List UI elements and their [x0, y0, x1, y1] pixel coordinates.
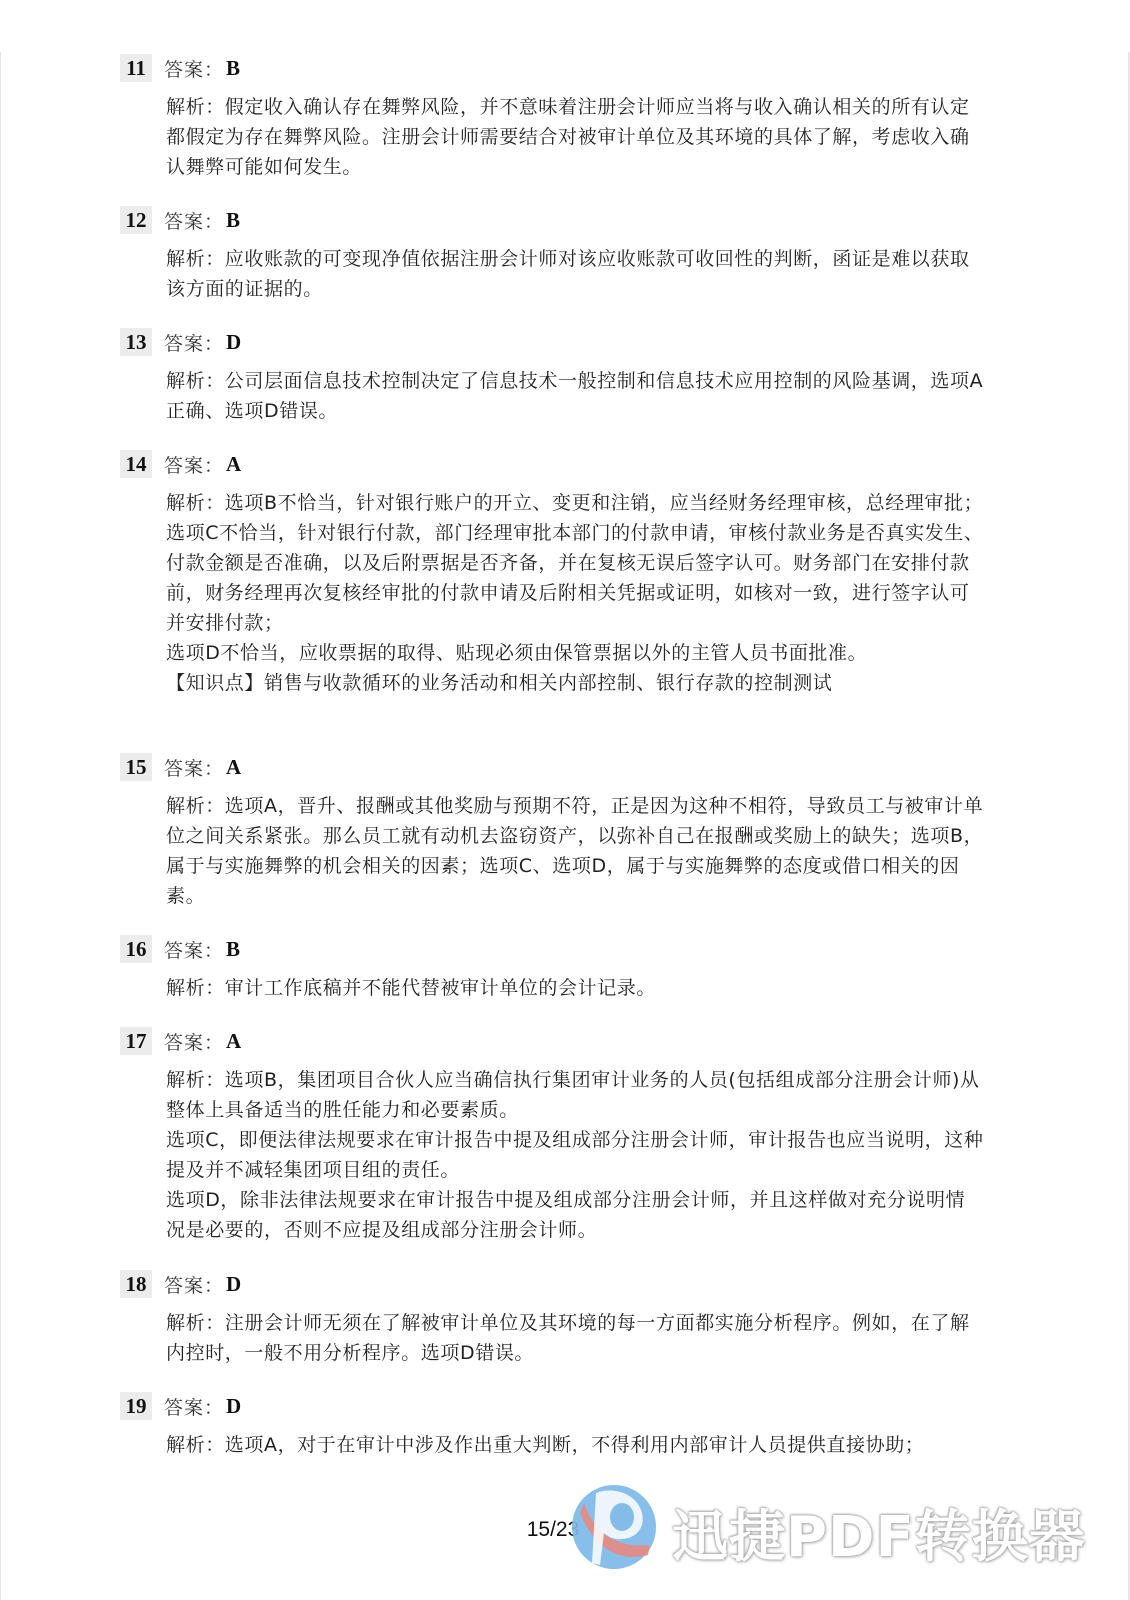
answer-label: 答案： — [164, 55, 224, 82]
answer-label: 答案： — [164, 1028, 224, 1055]
answer-item-16: 16 答案： B 解析：审计工作底稿并不能代替被审计单位的会计记录。 — [120, 933, 1000, 1025]
answer-row: 18 答案： D — [120, 1268, 1000, 1300]
answer-label: 答案： — [164, 754, 224, 781]
page-border-left — [0, 52, 1, 1600]
question-number: 18 — [120, 1270, 152, 1298]
answer-row: 16 答案： B — [120, 933, 1000, 965]
answer-label: 答案： — [164, 1393, 224, 1420]
question-number: 13 — [120, 328, 152, 356]
answer-value: D — [226, 1272, 241, 1297]
answer-item-13: 13 答案： D 解析：公司层面信息技术控制决定了信息技术一般控制和信息技术应用… — [120, 326, 1000, 448]
explanation-paragraph: 解析：选项B，集团项目合伙人应当确信执行集团审计业务的人员(包括组成部分注册会计… — [166, 1065, 984, 1125]
question-number: 15 — [120, 753, 152, 781]
answer-label: 答案： — [164, 451, 224, 478]
explanation-paragraph: 解析：应收账款的可变现净值依据注册会计师对该应收账款可收回性的判断，函证是难以获… — [166, 244, 984, 304]
answer-row: 19 答案： D — [120, 1390, 1000, 1422]
page-number: 15/23 — [0, 1518, 1106, 1542]
answer-row: 15 答案： A — [120, 751, 1000, 783]
explanation: 解析：审计工作底稿并不能代替被审计单位的会计记录。 — [166, 973, 984, 1003]
question-number: 12 — [120, 206, 152, 234]
question-number: 19 — [120, 1392, 152, 1420]
answer-value: D — [226, 1394, 241, 1419]
explanation: 解析：假定收入确认存在舞弊风险，并不意味着注册会计师应当将与收入确认相关的所有认… — [166, 92, 984, 182]
answer-label: 答案： — [164, 329, 224, 356]
answer-item-19: 19 答案： D 解析：选项A，对于在审计中涉及作出重大判断，不得利用内部审计人… — [120, 1390, 1000, 1490]
explanation: 解析：选项B，集团项目合伙人应当确信执行集团审计业务的人员(包括组成部分注册会计… — [166, 1065, 984, 1245]
explanation-paragraph: 选项D，除非法律法规要求在审计报告中提及组成部分注册会计师，并且这样做对充分说明… — [166, 1185, 984, 1245]
explanation-paragraph: 选项C，即便法律法规要求在审计报告中提及组成部分注册会计师，审计报告也应当说明，… — [166, 1125, 984, 1185]
knowledge-point: 【知识点】销售与收款循环的业务活动和相关内部控制、银行存款的控制测试 — [166, 668, 984, 698]
document-page: 11 答案： B 解析：假定收入确认存在舞弊风险，并不意味着注册会计师应当将与收… — [120, 52, 1000, 1490]
explanation: 解析：选项B不恰当，针对银行账户的开立、变更和注销，应当经财务经理审核，总经理审… — [166, 488, 984, 698]
explanation-paragraph: 解析：选项B不恰当，针对银行账户的开立、变更和注销，应当经财务经理审核，总经理审… — [166, 488, 984, 518]
explanation-paragraph: 解析：审计工作底稿并不能代替被审计单位的会计记录。 — [166, 973, 984, 1003]
question-number: 14 — [120, 450, 152, 478]
answer-value: B — [226, 937, 240, 962]
answer-value: A — [226, 755, 241, 780]
answer-item-14: 14 答案： A 解析：选项B不恰当，针对银行账户的开立、变更和注销，应当经财务… — [120, 448, 1000, 751]
question-number: 17 — [120, 1027, 152, 1055]
answer-item-17: 17 答案： A 解析：选项B，集团项目合伙人应当确信执行集团审计业务的人员(包… — [120, 1025, 1000, 1268]
explanation-paragraph: 解析：选项A，晋升、报酬或其他奖励与预期不符，正是因为这种不相符，导致员工与被审… — [166, 791, 984, 911]
question-number: 16 — [120, 935, 152, 963]
answer-value: A — [226, 452, 241, 477]
answer-item-18: 18 答案： D 解析：注册会计师无须在了解被审计单位及其环境的每一方面都实施分… — [120, 1268, 1000, 1390]
explanation-paragraph: 解析：公司层面信息技术控制决定了信息技术一般控制和信息技术应用控制的风险基调，选… — [166, 366, 984, 426]
explanation-paragraph: 选项C不恰当，针对银行付款，部门经理审批本部门的付款申请，审核付款业务是否真实发… — [166, 518, 984, 638]
explanation: 解析：公司层面信息技术控制决定了信息技术一般控制和信息技术应用控制的风险基调，选… — [166, 366, 984, 426]
answer-row: 14 答案： A — [120, 448, 1000, 480]
explanation-paragraph: 解析：选项A，对于在审计中涉及作出重大判断，不得利用内部审计人员提供直接协助； — [166, 1430, 984, 1460]
answer-item-11: 11 答案： B 解析：假定收入确认存在舞弊风险，并不意味着注册会计师应当将与收… — [120, 52, 1000, 204]
answer-row: 13 答案： D — [120, 326, 1000, 358]
answer-value: B — [226, 208, 240, 233]
explanation-paragraph: 解析：注册会计师无须在了解被审计单位及其环境的每一方面都实施分析程序。例如，在了… — [166, 1308, 984, 1368]
answer-row: 12 答案： B — [120, 204, 1000, 236]
answer-item-15: 15 答案： A 解析：选项A，晋升、报酬或其他奖励与预期不符，正是因为这种不相… — [120, 751, 1000, 933]
answer-value: D — [226, 330, 241, 355]
explanation-paragraph: 选项D不恰当，应收票据的取得、贴现必须由保管票据以外的主管人员书面批准。 — [166, 638, 984, 668]
answer-item-12: 12 答案： B 解析：应收账款的可变现净值依据注册会计师对该应收账款可收回性的… — [120, 204, 1000, 326]
answer-row: 17 答案： A — [120, 1025, 1000, 1057]
explanation: 解析：选项A，晋升、报酬或其他奖励与预期不符，正是因为这种不相符，导致员工与被审… — [166, 791, 984, 911]
answer-label: 答案： — [164, 207, 224, 234]
question-number: 11 — [120, 54, 152, 82]
explanation: 解析：选项A，对于在审计中涉及作出重大判断，不得利用内部审计人员提供直接协助； — [166, 1430, 984, 1460]
answer-row: 11 答案： B — [120, 52, 1000, 84]
answer-value: A — [226, 1029, 241, 1054]
answer-value: B — [226, 56, 240, 81]
explanation: 解析：注册会计师无须在了解被审计单位及其环境的每一方面都实施分析程序。例如，在了… — [166, 1308, 984, 1368]
answer-label: 答案： — [164, 1271, 224, 1298]
answer-label: 答案： — [164, 936, 224, 963]
explanation-paragraph: 解析：假定收入确认存在舞弊风险，并不意味着注册会计师应当将与收入确认相关的所有认… — [166, 92, 984, 182]
explanation: 解析：应收账款的可变现净值依据注册会计师对该应收账款可收回性的判断，函证是难以获… — [166, 244, 984, 304]
